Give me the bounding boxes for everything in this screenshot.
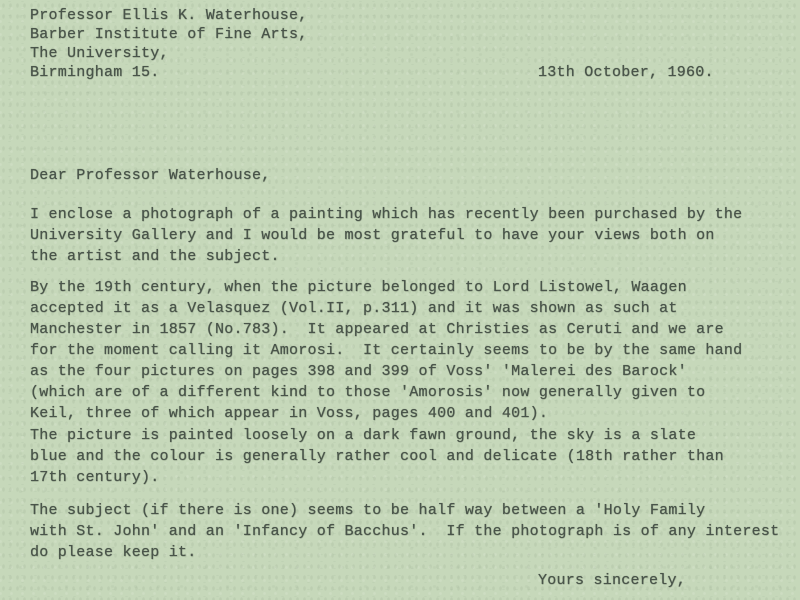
- paragraph-4: The subject (if there is one) seems to b…: [30, 500, 779, 563]
- closing-line: Yours sincerely,: [538, 570, 686, 591]
- paragraph-3: The picture is painted loosely on a dark…: [30, 425, 724, 488]
- letter-date: 13th October, 1960.: [538, 62, 714, 83]
- recipient-address: Professor Ellis K. Waterhouse, Barber In…: [30, 6, 308, 82]
- letter-page: Professor Ellis K. Waterhouse, Barber In…: [0, 0, 800, 600]
- salutation: Dear Professor Waterhouse,: [30, 165, 271, 186]
- paragraph-2: By the 19th century, when the picture be…: [30, 277, 742, 424]
- paragraph-1: I enclose a photograph of a painting whi…: [30, 204, 742, 267]
